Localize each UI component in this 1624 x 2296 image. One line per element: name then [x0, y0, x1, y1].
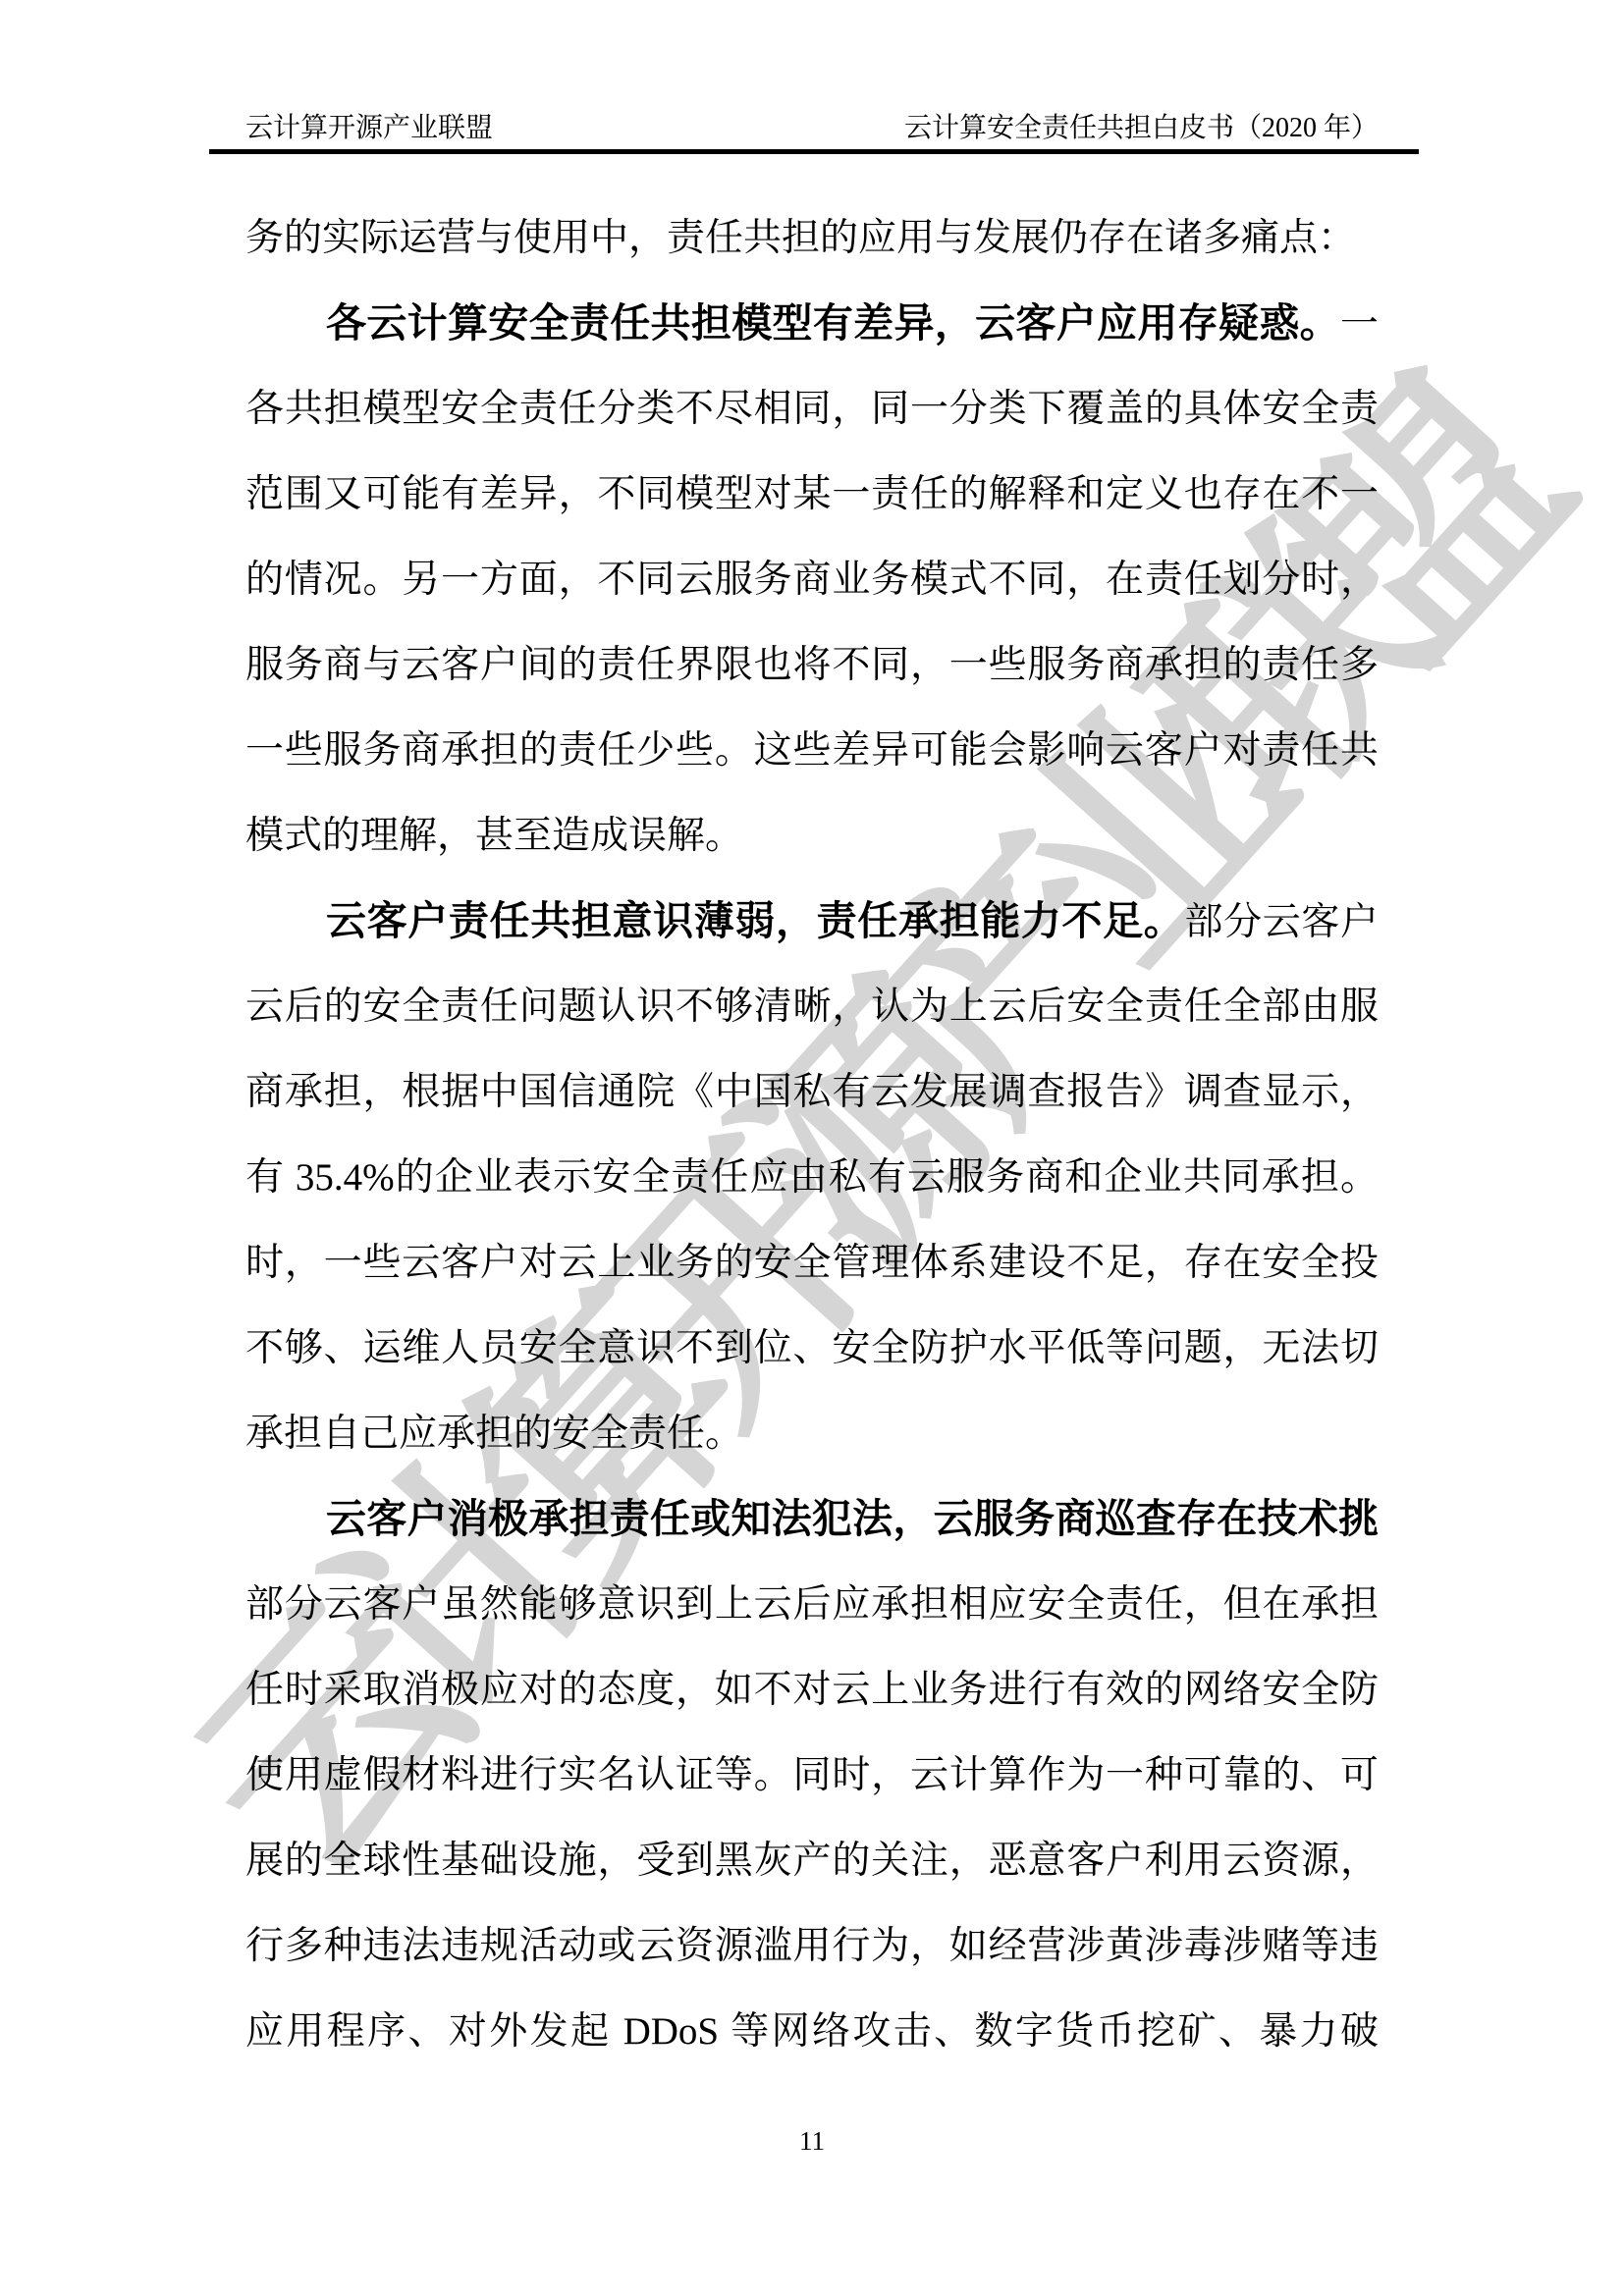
body-text-run: 应用程序、对外发起 DDoS 等网络攻击、数字货币挖矿、暴力破解、 [245, 2010, 1379, 2074]
body-line-6: 服务商与云客户间的责任界限也将不同，一些服务商承担的责任多些， [245, 622, 1379, 708]
header-right-text: 云计算安全责任共担白皮书（2020 年） [904, 112, 1379, 145]
body-line-20: 展的全球性基础设施，受到黑灰产的关注，恶意客户利用云资源，进 [245, 1818, 1379, 1903]
body-line-3: 各共担模型安全责任分类不尽相同，同一分类下覆盖的具体安全责任 [245, 366, 1379, 452]
body-line-1: 务的实际运营与使用中，责任共担的应用与发展仍存在诸多痛点： [245, 195, 1379, 281]
header-rule [209, 149, 1419, 154]
body-line-5: 的情况。另一方面，不同云服务商业务模式不同，在责任划分时，云 [245, 537, 1379, 622]
body-line-9: 云客户责任共担意识薄弱，责任承担能力不足。部分云客户对上 [245, 879, 1379, 964]
body-text-run: 模式的理解，甚至造成误解。 [245, 815, 743, 857]
body-line-16: 云客户消极承担责任或知法犯法，云服务商巡查存在技术挑战。 [245, 1476, 1379, 1562]
body-line-2: 各云计算安全责任共担模型有差异，云客户应用存疑惑。一方面， [245, 281, 1379, 366]
body-line-22: 应用程序、对外发起 DDoS 等网络攻击、数字货币挖矿、暴力破解、 [245, 1989, 1379, 2074]
body-line-15: 承担自己应承担的安全责任。 [245, 1391, 1379, 1476]
body-line-19: 使用虚假材料进行实名认证等。同时，云计算作为一种可靠的、可扩 [245, 1733, 1379, 1818]
body-bold-run: 云客户责任共担意识薄弱，责任承担能力不足。 [326, 898, 1184, 943]
body-text-run: 部分云客户虽然能够意识到上云后应承担相应安全责任，但在承担责 [245, 1583, 1379, 1647]
body-line-11: 商承担，根据中国信通院《中国私有云发展调查报告》调查显示，仅 [245, 1049, 1379, 1135]
body-text-run: 各共担模型安全责任分类不尽相同，同一分类下覆盖的具体安全责任 [245, 388, 1379, 452]
body-bold-run: 云客户消极承担责任或知法犯法，云服务商巡查存在技术挑战。 [245, 1496, 1379, 1562]
document-page: 云计算开源产业联盟 云计算开源产业联盟 云计算安全责任共担白皮书（2020 年）… [0, 0, 1624, 2296]
body-bold-run: 各云计算安全责任共担模型有差异，云客户应用存疑惑。 [326, 300, 1340, 346]
header-left-text: 云计算开源产业联盟 [245, 112, 493, 145]
body-text-run: 云后的安全责任问题认识不够清晰，认为上云后安全责任全部由服务 [245, 986, 1379, 1049]
body-line-21: 行多种违法违规活动或云资源滥用行为，如经营涉黄涉毒涉赌等违法 [245, 1903, 1379, 1989]
body-text-run: 商承担，根据中国信通院《中国私有云发展调查报告》调查显示，仅 [245, 1071, 1379, 1135]
body-line-13: 时，一些云客户对云上业务的安全管理体系建设不足，存在安全投入 [245, 1220, 1379, 1306]
body-text-run: 时，一些云客户对云上业务的安全管理体系建设不足，存在安全投入 [245, 1242, 1379, 1306]
body-text-run: 范围又可能有差异，不同模型对某一责任的解释和定义也存在不一致 [245, 473, 1379, 537]
body-line-18: 任时采取消极应对的态度，如不对云上业务进行有效的网络安全防护、 [245, 1647, 1379, 1733]
page-footer: 11 [0, 2126, 1624, 2157]
body-text-run: 一些服务商承担的责任少些。这些差异可能会影响云客户对责任共担 [245, 729, 1379, 793]
body-text-run: 务的实际运营与使用中，责任共担的应用与发展仍存在诸多痛点： [245, 217, 1356, 259]
body-text-run: 承担自己应承担的安全责任。 [245, 1413, 743, 1455]
body-text-run: 服务商与云客户间的责任界限也将不同，一些服务商承担的责任多些， [245, 644, 1379, 708]
body-line-7: 一些服务商承担的责任少些。这些差异可能会影响云客户对责任共担 [245, 708, 1379, 793]
body-text-run: 展的全球性基础设施，受到黑灰产的关注，恶意客户利用云资源，进 [245, 1840, 1379, 1903]
body-line-12: 有 35.4%的企业表示安全责任应由私有云服务商和企业共同承担。同 [245, 1135, 1379, 1220]
page-header: 云计算开源产业联盟 云计算安全责任共担白皮书（2020 年） [245, 112, 1379, 145]
body-text-run: 的情况。另一方面，不同云服务商业务模式不同，在责任划分时，云 [245, 559, 1379, 622]
body-line-8: 模式的理解，甚至造成误解。 [245, 793, 1379, 879]
body-line-14: 不够、运维人员安全意识不到位、安全防护水平低等问题，无法切实 [245, 1306, 1379, 1391]
body-text-run: 有 35.4%的企业表示安全责任应由私有云服务商和企业共同承担。同 [245, 1156, 1379, 1220]
body-text: 务的实际运营与使用中，责任共担的应用与发展仍存在诸多痛点：各云计算安全责任共担模… [245, 195, 1379, 2074]
body-text-run: 任时采取消极应对的态度，如不对云上业务进行有效的网络安全防护、 [245, 1669, 1379, 1733]
body-text-run: 使用虚假材料进行实名认证等。同时，云计算作为一种可靠的、可扩 [245, 1754, 1379, 1818]
body-text-run: 不够、运维人员安全意识不到位、安全防护水平低等问题，无法切实 [245, 1327, 1379, 1391]
page-number: 11 [799, 2126, 825, 2156]
body-line-10: 云后的安全责任问题认识不够清晰，认为上云后安全责任全部由服务 [245, 964, 1379, 1049]
body-line-17: 部分云客户虽然能够意识到上云后应承担相应安全责任，但在承担责 [245, 1562, 1379, 1647]
body-line-4: 范围又可能有差异，不同模型对某一责任的解释和定义也存在不一致 [245, 452, 1379, 537]
body-text-run: 行多种违法违规活动或云资源滥用行为，如经营涉黄涉毒涉赌等违法 [245, 1925, 1379, 1989]
